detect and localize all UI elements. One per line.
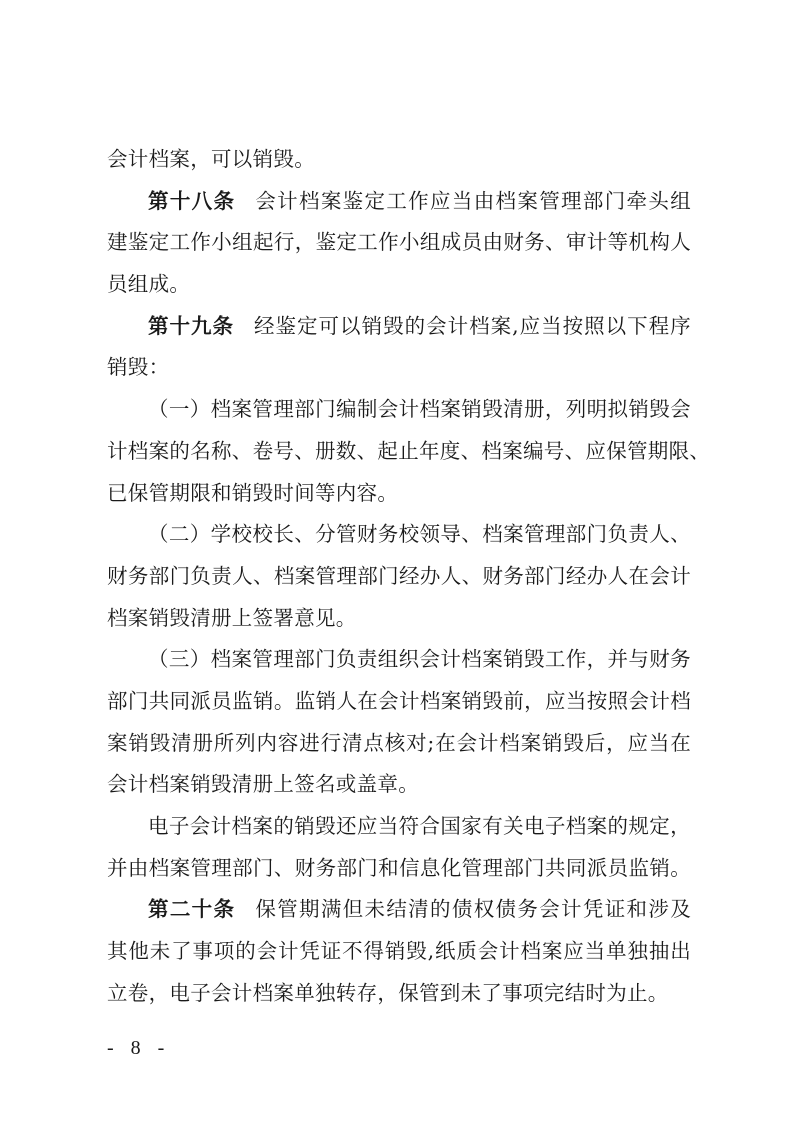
text-line: 案销毁清册所列内容进行清点核对;在会计档案销毁后，应当在 — [107, 723, 691, 765]
text-line: 建鉴定工作小组起行，鉴定工作小组成员由财务、审计等机构人 — [107, 222, 691, 264]
line-text: 会计档案销毁清册上签名或盖章。 — [107, 772, 419, 796]
line-text: 并由档案管理部门、财务部门和信息化管理部门共同派员监销。 — [107, 856, 691, 880]
line-text: 电子会计档案的销毁还应当符合国家有关电子档案的规定， — [148, 814, 691, 838]
text-line: 并由档案管理部门、财务部门和信息化管理部门共同派员监销。 — [107, 848, 691, 890]
line-text: 已保管期限和销毁时间等内容。 — [107, 481, 398, 505]
document-body: 会计档案，可以销毁。第十八条会计档案鉴定工作应当由档案管理部门牵头组建鉴定工作小… — [107, 139, 691, 1014]
line-text: 财务部门负责人、档案管理部门经办人、财务部门经办人在会计 — [107, 564, 691, 588]
line-text: 部门共同派员监销。监销人在会计档案销毁前，应当按照会计档 — [107, 689, 691, 713]
line-text: （二）学校校长、分管财务校领导、档案管理部门负责人、 — [148, 522, 691, 546]
text-line: （三）档案管理部门负责组织会计档案销毁工作，并与财务 — [107, 639, 691, 681]
text-line: 档案销毁清册上签署意见。 — [107, 598, 691, 640]
text-line: 第十八条会计档案鉴定工作应当由档案管理部门牵头组 — [107, 181, 691, 223]
line-text: 计档案的名称、卷号、册数、起止年度、档案编号、应保管期限、 — [107, 439, 710, 463]
line-text: 保管期满但未结清的债权债务会计凭证和涉及 — [255, 897, 691, 921]
article-heading: 第十八条 — [148, 189, 235, 213]
text-line: 财务部门负责人、档案管理部门经办人、财务部门经办人在会计 — [107, 556, 691, 598]
text-line: 会计档案，可以销毁。 — [107, 139, 691, 181]
text-line: 第十九条经鉴定可以销毁的会计档案,应当按照以下程序 — [107, 306, 691, 348]
text-line: 其他未了事项的会计凭证不得销毁,纸质会计档案应当单独抽出 — [107, 931, 691, 973]
text-line: 电子会计档案的销毁还应当符合国家有关电子档案的规定， — [107, 806, 691, 848]
page-number: - 8 - — [107, 1037, 170, 1060]
line-text: 销毁： — [107, 355, 169, 379]
text-line: 销毁： — [107, 347, 691, 389]
line-text: 建鉴定工作小组起行，鉴定工作小组成员由财务、审计等机构人 — [107, 230, 691, 254]
text-line: 计档案的名称、卷号、册数、起止年度、档案编号、应保管期限、 — [107, 431, 691, 473]
line-text: 其他未了事项的会计凭证不得销毁,纸质会计档案应当单独抽出 — [107, 939, 691, 963]
line-text: （一）档案管理部门编制会计档案销毁清册，列明拟销毁会 — [148, 397, 691, 421]
text-line: 立卷，电子会计档案单独转存，保管到未了事项完结时为止。 — [107, 973, 691, 1015]
line-text: 会计档案鉴定工作应当由档案管理部门牵头组 — [255, 189, 691, 213]
line-text: 员组成。 — [107, 272, 190, 296]
text-line: （二）学校校长、分管财务校领导、档案管理部门负责人、 — [107, 514, 691, 556]
text-line: 部门共同派员监销。监销人在会计档案销毁前，应当按照会计档 — [107, 681, 691, 723]
line-text: 经鉴定可以销毁的会计档案,应当按照以下程序 — [254, 314, 691, 338]
line-text: 会计档案，可以销毁。 — [107, 147, 315, 171]
text-line: 会计档案销毁清册上签名或盖章。 — [107, 764, 691, 806]
text-line: 已保管期限和销毁时间等内容。 — [107, 473, 691, 515]
line-text: 立卷，电子会计档案单独转存，保管到未了事项完结时为止。 — [107, 981, 669, 1005]
text-line: （一）档案管理部门编制会计档案销毁清册，列明拟销毁会 — [107, 389, 691, 431]
line-text: 档案销毁清册上签署意见。 — [107, 606, 357, 630]
article-heading: 第二十条 — [148, 897, 235, 921]
text-line: 第二十条保管期满但未结清的债权债务会计凭证和涉及 — [107, 889, 691, 931]
line-text: （三）档案管理部门负责组织会计档案销毁工作，并与财务 — [148, 647, 691, 671]
text-line: 员组成。 — [107, 264, 691, 306]
article-heading: 第十九条 — [148, 314, 234, 338]
line-text: 案销毁清册所列内容进行清点核对;在会计档案销毁后，应当在 — [107, 731, 691, 755]
